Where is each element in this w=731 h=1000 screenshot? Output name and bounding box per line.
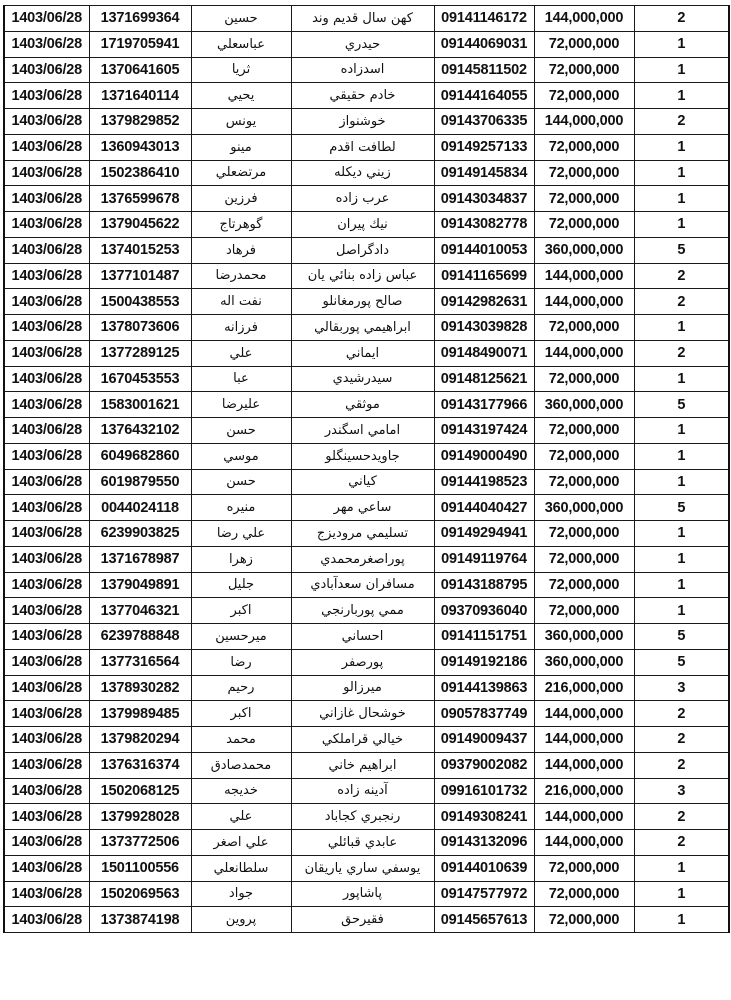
count-cell: 5 [634,495,729,521]
national-id-cell: 1377289125 [89,340,191,366]
phone-cell: 09149145834 [434,160,534,186]
date-cell: 1403/06/28 [4,134,89,160]
table-row: 1403/06/280044024118منيرهساعي مهر0914404… [4,495,729,521]
count-cell: 1 [634,855,729,881]
first-name-cell: اكبر [191,701,291,727]
count-cell: 1 [634,31,729,57]
last-name-cell: جاويدحسينگلو [291,443,434,469]
phone-cell: 09142982631 [434,289,534,315]
first-name-cell: ميرحسين [191,624,291,650]
phone-cell: 09143706335 [434,109,534,135]
amount-cell: 72,000,000 [534,546,634,572]
amount-cell: 360,000,000 [534,624,634,650]
amount-cell: 144,000,000 [534,804,634,830]
first-name-cell: عباسعلي [191,31,291,57]
first-name-cell: زهرا [191,546,291,572]
phone-cell: 09143082778 [434,212,534,238]
date-cell: 1403/06/28 [4,598,89,624]
phone-cell: 09149294941 [434,521,534,547]
national-id-cell: 1379928028 [89,804,191,830]
table-row: 1403/06/281378073606فرزانهابراهيمي پوربق… [4,315,729,341]
amount-cell: 72,000,000 [534,160,634,186]
count-cell: 5 [634,624,729,650]
date-cell: 1403/06/28 [4,366,89,392]
phone-cell: 09145811502 [434,57,534,83]
phone-cell: 09144069031 [434,31,534,57]
table-row: 1403/06/286049682860موسيجاويدحسينگلو0914… [4,443,729,469]
last-name-cell: دادگراصل [291,237,434,263]
date-cell: 1403/06/28 [4,418,89,444]
date-cell: 1403/06/28 [4,855,89,881]
amount-cell: 72,000,000 [534,418,634,444]
national-id-cell: 1379989485 [89,701,191,727]
national-id-cell: 1376316374 [89,752,191,778]
last-name-cell: خيالي قراملكي [291,727,434,753]
table-row: 1403/06/286239788848ميرحسيناحساني0914115… [4,624,729,650]
amount-cell: 72,000,000 [534,134,634,160]
date-cell: 1403/06/28 [4,727,89,753]
last-name-cell: موثقي [291,392,434,418]
national-id-cell: 1376599678 [89,186,191,212]
date-cell: 1403/06/28 [4,881,89,907]
count-cell: 2 [634,340,729,366]
first-name-cell: علي [191,340,291,366]
count-cell: 2 [634,263,729,289]
last-name-cell: ايماني [291,340,434,366]
national-id-cell: 1377316564 [89,649,191,675]
national-id-cell: 1373874198 [89,907,191,933]
last-name-cell: خوشنواز [291,109,434,135]
first-name-cell: خديجه [191,778,291,804]
date-cell: 1403/06/28 [4,830,89,856]
first-name-cell: منيره [191,495,291,521]
first-name-cell: يحيي [191,83,291,109]
national-id-cell: 1379829852 [89,109,191,135]
phone-cell: 09144040427 [434,495,534,521]
table-row: 1403/06/281377101487محمدرضاعباس زاده بنا… [4,263,729,289]
count-cell: 1 [634,134,729,160]
amount-cell: 144,000,000 [534,727,634,753]
first-name-cell: حسن [191,418,291,444]
count-cell: 5 [634,237,729,263]
last-name-cell: عباس زاده بنائي يان [291,263,434,289]
phone-cell: 09144010053 [434,237,534,263]
date-cell: 1403/06/28 [4,31,89,57]
table-row: 1403/06/281378930282رحيمميرزالو091441398… [4,675,729,701]
amount-cell: 144,000,000 [534,263,634,289]
national-id-cell: 0044024118 [89,495,191,521]
table-row: 1403/06/281376432102حسنامامي اسگندر09143… [4,418,729,444]
last-name-cell: سيدرشيدي [291,366,434,392]
date-cell: 1403/06/28 [4,546,89,572]
first-name-cell: حسن [191,469,291,495]
table-row: 1403/06/281500438553نفت الهصالح پورمغانل… [4,289,729,315]
phone-cell: 09143034837 [434,186,534,212]
first-name-cell: علي اصغر [191,830,291,856]
national-id-cell: 1379045622 [89,212,191,238]
last-name-cell: ممي پوربارنجي [291,598,434,624]
phone-cell: 09370936040 [434,598,534,624]
date-cell: 1403/06/28 [4,701,89,727]
date-cell: 1403/06/28 [4,495,89,521]
national-id-cell: 1377046321 [89,598,191,624]
phone-cell: 09143197424 [434,418,534,444]
last-name-cell: خادم حقيقي [291,83,434,109]
first-name-cell: مرتضعلي [191,160,291,186]
date-cell: 1403/06/28 [4,212,89,238]
last-name-cell: لطافت اقدم [291,134,434,160]
count-cell: 2 [634,830,729,856]
amount-cell: 144,000,000 [534,752,634,778]
date-cell: 1403/06/28 [4,752,89,778]
last-name-cell: كياني [291,469,434,495]
phone-cell: 09141151751 [434,624,534,650]
first-name-cell: يونس [191,109,291,135]
last-name-cell: عابدي قبائلي [291,830,434,856]
amount-cell: 360,000,000 [534,649,634,675]
last-name-cell: ابراهيمي پوربقالي [291,315,434,341]
table-row: 1403/06/281376316374محمدصادقابراهيم خاني… [4,752,729,778]
count-cell: 2 [634,752,729,778]
date-cell: 1403/06/28 [4,340,89,366]
last-name-cell: پورصفر [291,649,434,675]
date-cell: 1403/06/28 [4,572,89,598]
date-cell: 1403/06/28 [4,315,89,341]
national-id-cell: 1378073606 [89,315,191,341]
last-name-cell: ميرزالو [291,675,434,701]
last-name-cell: نيك پيران [291,212,434,238]
date-cell: 1403/06/28 [4,186,89,212]
last-name-cell: ساعي مهر [291,495,434,521]
phone-cell: 09149257133 [434,134,534,160]
last-name-cell: عرب زاده [291,186,434,212]
national-id-cell: 1583001621 [89,392,191,418]
table-row: 1403/06/281501100556سلطانعلييوسفي ساري ي… [4,855,729,881]
first-name-cell: نفت اله [191,289,291,315]
national-id-cell: 1502069563 [89,881,191,907]
table-row: 1403/06/281502386410مرتضعليزيني ديكله091… [4,160,729,186]
count-cell: 1 [634,212,729,238]
count-cell: 1 [634,521,729,547]
national-id-cell: 1379820294 [89,727,191,753]
last-name-cell: رنجبري كجاباد [291,804,434,830]
table-row: 1403/06/281373772506علي اصغرعابدي قبائلي… [4,830,729,856]
count-cell: 2 [634,701,729,727]
table-body: 1403/06/281371699364حسينكهن سال قديم وند… [4,6,729,933]
last-name-cell: حيدري [291,31,434,57]
first-name-cell: عبا [191,366,291,392]
amount-cell: 72,000,000 [534,881,634,907]
last-name-cell: امامي اسگندر [291,418,434,444]
table-row: 1403/06/281371678987زهراپوراصغرمحمدي0914… [4,546,729,572]
amount-cell: 72,000,000 [534,315,634,341]
first-name-cell: علي رضا [191,521,291,547]
count-cell: 1 [634,186,729,212]
table-row: 1403/06/281370641605ثريااسدزاده091458115… [4,57,729,83]
phone-cell: 09141165699 [434,263,534,289]
national-id-cell: 1377101487 [89,263,191,289]
national-id-cell: 1378930282 [89,675,191,701]
phone-cell: 09149119764 [434,546,534,572]
amount-cell: 360,000,000 [534,237,634,263]
date-cell: 1403/06/28 [4,57,89,83]
national-id-cell: 1502386410 [89,160,191,186]
table-row: 1403/06/281670453553عباسيدرشيدي091481256… [4,366,729,392]
phone-cell: 09144010639 [434,855,534,881]
table-row: 1403/06/281502069563جوادپاشاپور091475779… [4,881,729,907]
first-name-cell: سلطانعلي [191,855,291,881]
amount-cell: 72,000,000 [534,521,634,547]
national-id-cell: 1373772506 [89,830,191,856]
last-name-cell: فقيرحق [291,907,434,933]
amount-cell: 144,000,000 [534,830,634,856]
last-name-cell: صالح پورمغانلو [291,289,434,315]
table-row: 1403/06/281583001621عليرضاموثقي091431779… [4,392,729,418]
last-name-cell: كهن سال قديم وند [291,6,434,32]
phone-cell: 09149308241 [434,804,534,830]
last-name-cell: آدينه زاده [291,778,434,804]
phone-cell: 09143132096 [434,830,534,856]
table-row: 1403/06/281373874198پروينفقيرحق091456576… [4,907,729,933]
first-name-cell: جواد [191,881,291,907]
phone-cell: 09916101732 [434,778,534,804]
date-cell: 1403/06/28 [4,443,89,469]
first-name-cell: محمدرضا [191,263,291,289]
date-cell: 1403/06/28 [4,263,89,289]
table-row: 1403/06/281719705941عباسعليحيدري09144069… [4,31,729,57]
first-name-cell: فرزانه [191,315,291,341]
first-name-cell: رضا [191,649,291,675]
amount-cell: 72,000,000 [534,31,634,57]
date-cell: 1403/06/28 [4,649,89,675]
count-cell: 1 [634,366,729,392]
first-name-cell: محمد [191,727,291,753]
first-name-cell: اكبر [191,598,291,624]
date-cell: 1403/06/28 [4,289,89,315]
last-name-cell: ابراهيم خاني [291,752,434,778]
table-row: 1403/06/281360943013مينولطافت اقدم091492… [4,134,729,160]
count-cell: 2 [634,804,729,830]
table-row: 1403/06/281502068125خديجهآدينه زاده09916… [4,778,729,804]
count-cell: 2 [634,109,729,135]
first-name-cell: جليل [191,572,291,598]
amount-cell: 144,000,000 [534,6,634,32]
count-cell: 5 [634,649,729,675]
date-cell: 1403/06/28 [4,109,89,135]
phone-cell: 09144139863 [434,675,534,701]
amount-cell: 360,000,000 [534,392,634,418]
phone-cell: 09149192186 [434,649,534,675]
count-cell: 1 [634,57,729,83]
last-name-cell: پاشاپور [291,881,434,907]
count-cell: 2 [634,6,729,32]
count-cell: 1 [634,83,729,109]
national-id-cell: 1376432102 [89,418,191,444]
first-name-cell: ثريا [191,57,291,83]
national-id-cell: 1670453553 [89,366,191,392]
first-name-cell: علي [191,804,291,830]
national-id-cell: 1379049891 [89,572,191,598]
amount-cell: 72,000,000 [534,83,634,109]
phone-cell: 09144198523 [434,469,534,495]
last-name-cell: خوشحال غازاني [291,701,434,727]
amount-cell: 360,000,000 [534,495,634,521]
national-id-cell: 1501100556 [89,855,191,881]
table-row: 1403/06/281376599678فرزينعرب زاده0914303… [4,186,729,212]
first-name-cell: فرزين [191,186,291,212]
date-cell: 1403/06/28 [4,778,89,804]
amount-cell: 72,000,000 [534,443,634,469]
national-id-cell: 6239788848 [89,624,191,650]
last-name-cell: يوسفي ساري ياريقان [291,855,434,881]
amount-cell: 72,000,000 [534,57,634,83]
national-id-cell: 6019879550 [89,469,191,495]
last-name-cell: احساني [291,624,434,650]
table-row: 1403/06/281379045622گوهرتاجنيك پيران0914… [4,212,729,238]
table-row: 1403/06/281371699364حسينكهن سال قديم وند… [4,6,729,32]
first-name-cell: مينو [191,134,291,160]
amount-cell: 72,000,000 [534,855,634,881]
count-cell: 2 [634,727,729,753]
amount-cell: 72,000,000 [534,907,634,933]
table-row: 1403/06/281379989485اكبرخوشحال غازاني090… [4,701,729,727]
amount-cell: 144,000,000 [534,289,634,315]
last-name-cell: پوراصغرمحمدي [291,546,434,572]
table-row: 1403/06/281374015253فرهاددادگراصل0914401… [4,237,729,263]
phone-cell: 09141146172 [434,6,534,32]
national-id-cell: 1360943013 [89,134,191,160]
count-cell: 3 [634,675,729,701]
table-row: 1403/06/286239903825علي رضاتسليمي مروديز… [4,521,729,547]
amount-cell: 216,000,000 [534,778,634,804]
count-cell: 1 [634,418,729,444]
amount-cell: 72,000,000 [534,186,634,212]
first-name-cell: فرهاد [191,237,291,263]
date-cell: 1403/06/28 [4,521,89,547]
count-cell: 1 [634,598,729,624]
first-name-cell: محمدصادق [191,752,291,778]
amount-cell: 144,000,000 [534,340,634,366]
date-cell: 1403/06/28 [4,907,89,933]
last-name-cell: مسافران سعدآبادي [291,572,434,598]
phone-cell: 09148490071 [434,340,534,366]
date-cell: 1403/06/28 [4,624,89,650]
national-id-cell: 1502068125 [89,778,191,804]
amount-cell: 144,000,000 [534,109,634,135]
national-id-cell: 1500438553 [89,289,191,315]
count-cell: 1 [634,907,729,933]
national-id-cell: 1719705941 [89,31,191,57]
first-name-cell: رحيم [191,675,291,701]
count-cell: 2 [634,289,729,315]
date-cell: 1403/06/28 [4,6,89,32]
last-name-cell: زيني ديكله [291,160,434,186]
records-table: 1403/06/281371699364حسينكهن سال قديم وند… [3,5,730,933]
count-cell: 5 [634,392,729,418]
date-cell: 1403/06/28 [4,237,89,263]
table-row: 1403/06/281379049891جليلمسافران سعدآبادي… [4,572,729,598]
phone-cell: 09148125621 [434,366,534,392]
table-row: 1403/06/281379928028عليرنجبري كجاباد0914… [4,804,729,830]
phone-cell: 09145657613 [434,907,534,933]
table-row: 1403/06/281379820294محمدخيالي قراملكي091… [4,727,729,753]
count-cell: 1 [634,881,729,907]
amount-cell: 72,000,000 [534,572,634,598]
table-row: 1403/06/281379829852يونسخوشنواز091437063… [4,109,729,135]
national-id-cell: 6239903825 [89,521,191,547]
first-name-cell: موسي [191,443,291,469]
date-cell: 1403/06/28 [4,83,89,109]
first-name-cell: گوهرتاج [191,212,291,238]
date-cell: 1403/06/28 [4,469,89,495]
national-id-cell: 1371640114 [89,83,191,109]
phone-cell: 09147577972 [434,881,534,907]
date-cell: 1403/06/28 [4,160,89,186]
national-id-cell: 1371678987 [89,546,191,572]
phone-cell: 09149009437 [434,727,534,753]
national-id-cell: 1374015253 [89,237,191,263]
amount-cell: 72,000,000 [534,598,634,624]
national-id-cell: 6049682860 [89,443,191,469]
amount-cell: 72,000,000 [534,366,634,392]
phone-cell: 09143188795 [434,572,534,598]
first-name-cell: حسين [191,6,291,32]
phone-cell: 09057837749 [434,701,534,727]
national-id-cell: 1370641605 [89,57,191,83]
amount-cell: 72,000,000 [534,212,634,238]
national-id-cell: 1371699364 [89,6,191,32]
table-row: 1403/06/281371640114يحييخادم حقيقي091441… [4,83,729,109]
date-cell: 1403/06/28 [4,392,89,418]
date-cell: 1403/06/28 [4,804,89,830]
phone-cell: 09143039828 [434,315,534,341]
first-name-cell: عليرضا [191,392,291,418]
count-cell: 1 [634,315,729,341]
count-cell: 3 [634,778,729,804]
table-row: 1403/06/281377289125عليايماني09148490071… [4,340,729,366]
table-row: 1403/06/281377046321اكبرممي پوربارنجي093… [4,598,729,624]
count-cell: 1 [634,546,729,572]
count-cell: 1 [634,160,729,186]
amount-cell: 144,000,000 [534,701,634,727]
phone-cell: 09143177966 [434,392,534,418]
table-row: 1403/06/281377316564رضاپورصفر09149192186… [4,649,729,675]
table-row: 1403/06/286019879550حسنكياني091441985237… [4,469,729,495]
count-cell: 1 [634,572,729,598]
last-name-cell: اسدزاده [291,57,434,83]
amount-cell: 216,000,000 [534,675,634,701]
phone-cell: 09144164055 [434,83,534,109]
first-name-cell: پروين [191,907,291,933]
date-cell: 1403/06/28 [4,675,89,701]
amount-cell: 72,000,000 [534,469,634,495]
count-cell: 1 [634,469,729,495]
count-cell: 1 [634,443,729,469]
last-name-cell: تسليمي مروديزج [291,521,434,547]
phone-cell: 09149000490 [434,443,534,469]
phone-cell: 09379002082 [434,752,534,778]
